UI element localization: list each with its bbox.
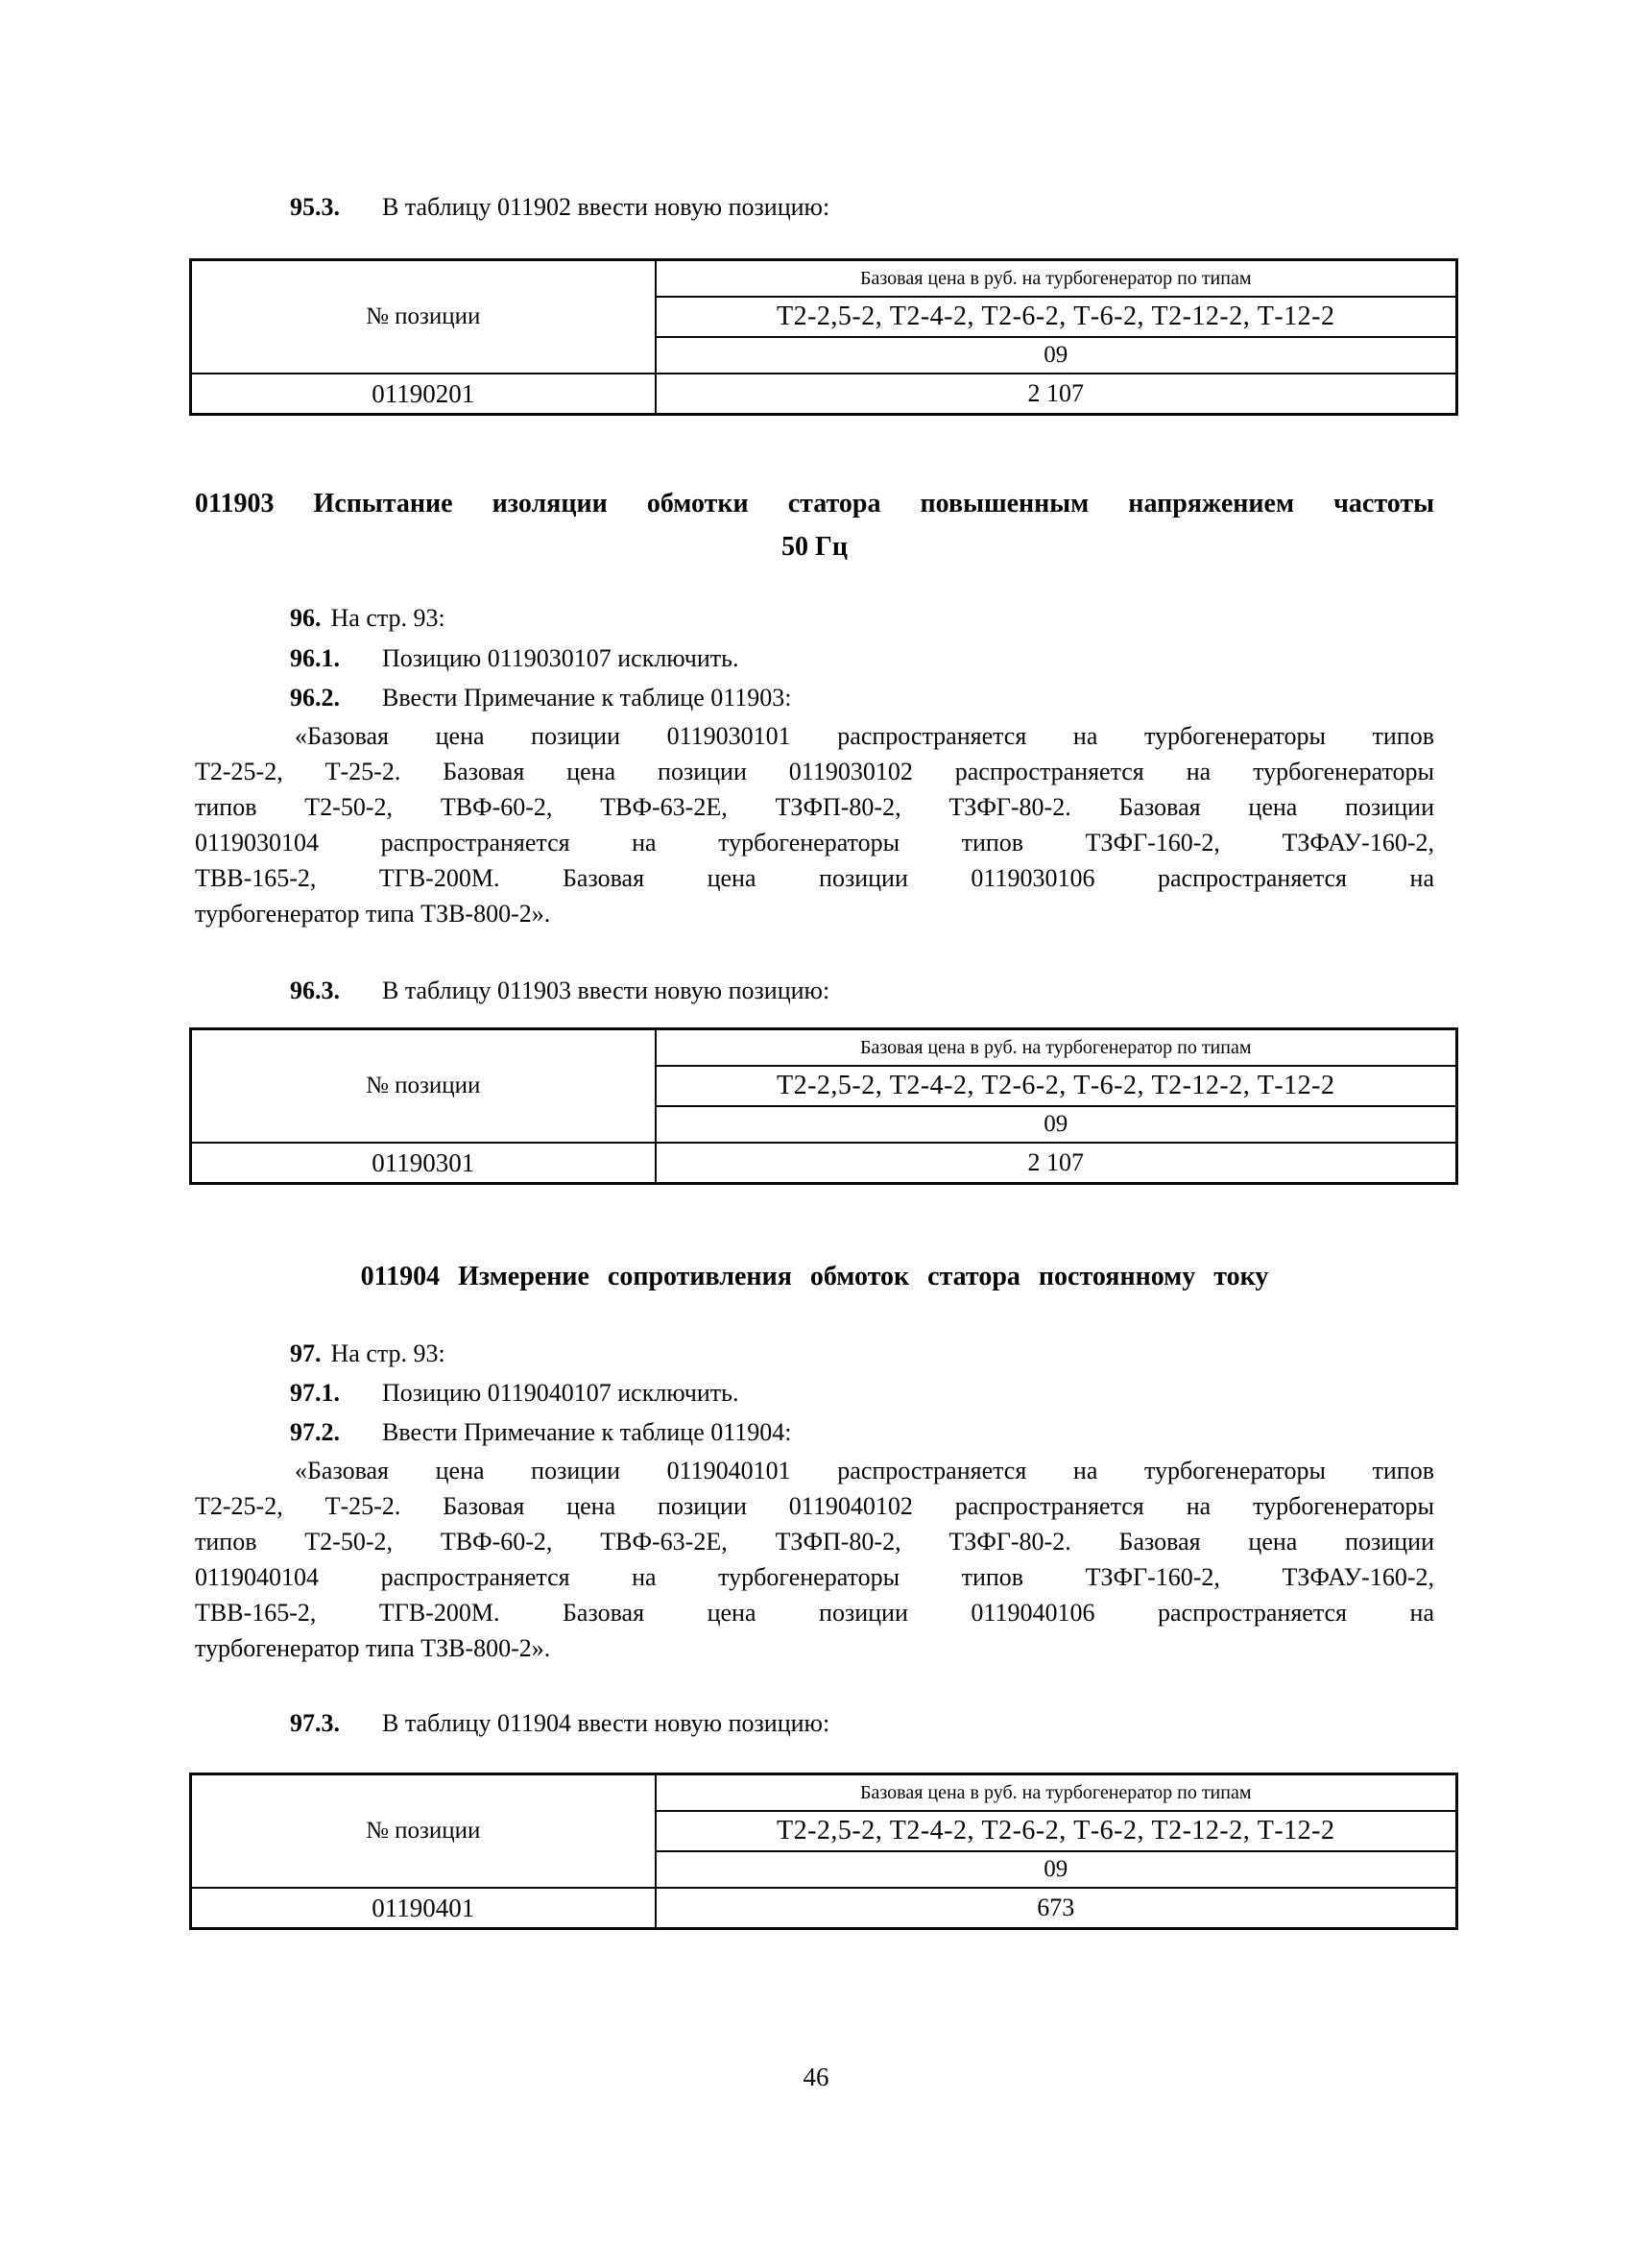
base-price: 2 107 [656, 1143, 1457, 1184]
note-line: 0119030104 распространяется на турбогене… [195, 825, 1434, 860]
clause-text: Позицию 0119040107 исключить. [382, 1379, 738, 1407]
heading-line-1: 011903 Испытание изоляции обмотки статор… [195, 482, 1434, 525]
note-line: Т2-25-2, Т-25-2. Базовая цена позиции 01… [195, 754, 1434, 789]
note-line: ТВВ-165-2, ТГВ-200М. Базовая цена позици… [195, 1595, 1434, 1630]
table-row: 01190301 2 107 [191, 1143, 1457, 1184]
clause-text: Ввести Примечание к таблице 011904: [382, 1418, 792, 1446]
price-code: 09 [656, 1106, 1457, 1143]
position-column-header: № позиции [191, 1029, 656, 1144]
table-row: № позиции Базовая цена в руб. на турбоге… [191, 1774, 1457, 1812]
clause-text: В таблицу 011903 ввести новую позицию: [382, 977, 829, 1004]
generator-types: Т2-2,5-2, Т2-4-2, Т2-6-2, Т-6-2, Т2-12-2… [656, 297, 1457, 337]
price-table-011902: № позиции Базовая цена в руб. на турбоге… [189, 258, 1458, 416]
section-heading-011904: 011904 Измерение сопротивления обмоток с… [195, 1255, 1434, 1298]
clause-number: 95.3. [290, 193, 340, 221]
clause-number: 96.2. [290, 684, 340, 712]
heading-line-2: 50 Гц [195, 525, 1434, 568]
table-row: № позиции Базовая цена в руб. на турбоге… [191, 260, 1457, 298]
base-price: 2 107 [656, 374, 1457, 415]
note-line: «Базовая цена позиции 0119040101 распрос… [195, 1453, 1434, 1488]
price-table-011903: № позиции Базовая цена в руб. на турбоге… [189, 1027, 1458, 1185]
clause-97: 97.На стр. 93: [195, 1336, 1434, 1371]
price-code: 09 [656, 337, 1457, 374]
generator-types: Т2-2,5-2, Т2-4-2, Т2-6-2, Т-6-2, Т2-12-2… [656, 1066, 1457, 1106]
clause-96: 96.На стр. 93: [195, 600, 1434, 636]
position-column-header: № позиции [191, 1774, 656, 1889]
clause-95-3: 95.3.В таблицу 011902 ввести новую позиц… [195, 189, 1434, 225]
clause-96-1: 96.1.Позицию 0119030107 исключить. [195, 640, 1434, 676]
table-row: 01190401 673 [191, 1888, 1457, 1929]
position-number: 01190401 [191, 1888, 656, 1929]
clause-97-3: 97.3.В таблицу 011904 ввести новую позиц… [195, 1705, 1434, 1741]
clause-number: 96.1. [290, 644, 340, 672]
clause-number: 97.1. [290, 1379, 340, 1407]
price-code: 09 [656, 1851, 1457, 1888]
note-line: Т2-25-2, Т-25-2. Базовая цена позиции 01… [195, 1488, 1434, 1524]
page-content: 95.3.В таблицу 011902 ввести новую позиц… [195, 189, 1434, 1930]
price-column-header: Базовая цена в руб. на турбогенератор по… [656, 260, 1457, 298]
table-row: 01190201 2 107 [191, 374, 1457, 415]
position-number: 01190301 [191, 1143, 656, 1184]
note-011904: «Базовая цена позиции 0119040101 распрос… [195, 1453, 1434, 1666]
clause-text: На стр. 93: [331, 1339, 445, 1367]
document-page: 95.3.В таблицу 011902 ввести новую позиц… [0, 0, 1632, 2268]
position-column-header: № позиции [191, 260, 656, 374]
clause-text: В таблицу 011902 ввести новую позицию: [382, 193, 829, 221]
note-line: «Базовая цена позиции 0119030101 распрос… [195, 718, 1434, 754]
price-table-011904: № позиции Базовая цена в руб. на турбоге… [189, 1773, 1458, 1930]
clause-97-2: 97.2.Ввести Примечание к таблице 011904: [195, 1414, 1434, 1450]
clause-96-3: 96.3.В таблицу 011903 ввести новую позиц… [195, 973, 1434, 1008]
clause-number: 96. [290, 604, 322, 632]
generator-types: Т2-2,5-2, Т2-4-2, Т2-6-2, Т-6-2, Т2-12-2… [656, 1811, 1457, 1851]
page-number: 46 [0, 2063, 1632, 2092]
table-row: № позиции Базовая цена в руб. на турбоге… [191, 1029, 1457, 1067]
position-number: 01190201 [191, 374, 656, 415]
section-heading-011903: 011903 Испытание изоляции обмотки статор… [195, 482, 1434, 568]
clause-97-1: 97.1.Позицию 0119040107 исключить. [195, 1375, 1434, 1411]
note-line: типов Т2-50-2, ТВФ-60-2, ТВФ-63-2Е, ТЗФП… [195, 1524, 1434, 1559]
note-011903: «Базовая цена позиции 0119030101 распрос… [195, 718, 1434, 931]
price-column-header: Базовая цена в руб. на турбогенератор по… [656, 1029, 1457, 1067]
clause-text: Ввести Примечание к таблице 011903: [382, 684, 792, 712]
clause-number: 96.3. [290, 977, 340, 1004]
note-line: турбогенератор типа ТЗВ-800-2». [195, 1630, 1434, 1666]
note-line: турбогенератор типа ТЗВ-800-2». [195, 896, 1434, 931]
clause-text: Позицию 0119030107 исключить. [382, 644, 738, 672]
base-price: 673 [656, 1888, 1457, 1929]
clause-number: 97.3. [290, 1709, 340, 1737]
clause-96-2: 96.2.Ввести Примечание к таблице 011903: [195, 680, 1434, 715]
clause-number: 97.2. [290, 1418, 340, 1446]
clause-number: 97. [290, 1339, 322, 1367]
price-column-header: Базовая цена в руб. на турбогенератор по… [656, 1774, 1457, 1812]
note-line: ТВВ-165-2, ТГВ-200М. Базовая цена позици… [195, 860, 1434, 896]
clause-text: В таблицу 011904 ввести новую позицию: [382, 1709, 829, 1737]
clause-text: На стр. 93: [331, 604, 445, 632]
note-line: 0119040104 распространяется на турбогене… [195, 1559, 1434, 1595]
note-line: типов Т2-50-2, ТВФ-60-2, ТВФ-63-2Е, ТЗФП… [195, 789, 1434, 825]
